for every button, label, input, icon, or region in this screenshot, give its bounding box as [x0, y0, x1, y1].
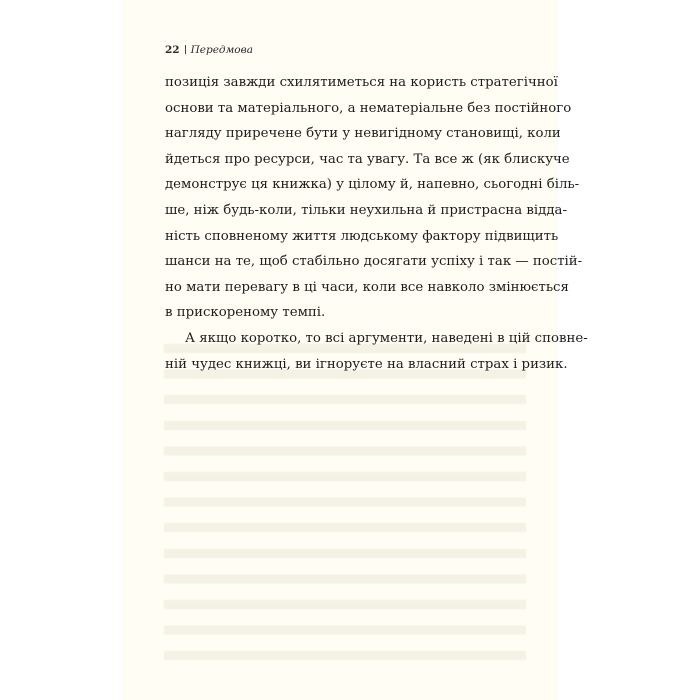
text-line: ність сповненому життя людському фактору…	[165, 224, 526, 250]
text-line: в прискореному темпі.	[165, 300, 526, 326]
paragraph-2: А якщо коротко, то всі аргументи, наведе…	[165, 326, 526, 377]
page-number: 22	[165, 44, 180, 56]
text-line: но мати перевагу в ці часи, коли все нав…	[165, 275, 526, 301]
text-line: ній чудес книжці, ви ігноруєте на власни…	[165, 352, 526, 378]
text-line: основи та матеріального, а нематеріальне…	[165, 96, 526, 122]
section-title: Передмова	[191, 44, 253, 56]
text-line: А якщо коротко, то всі аргументи, наведе…	[165, 326, 526, 352]
header-separator	[185, 45, 186, 54]
text-line: ше, ніж будь-коли, тільки неухильна й пр…	[165, 198, 526, 224]
text-line: йдеться про ресурси, час та увагу. Та вс…	[165, 147, 526, 173]
body-text: позиція завжди схилятиметься на користь …	[165, 70, 526, 377]
paragraph-1: позиція завжди схилятиметься на користь …	[165, 70, 526, 326]
book-page: 22Передмова позиція завжди схилятиметься…	[124, 0, 556, 700]
text-line: нагляду приречене бути у невигідному ста…	[165, 121, 526, 147]
text-line: позиція завжди схилятиметься на користь …	[165, 70, 526, 96]
show-through-text	[164, 336, 526, 676]
text-line: шанси на те, щоб стабільно досягати успі…	[165, 249, 526, 275]
running-head: 22Передмова	[165, 44, 253, 56]
text-line: демонструє ця книжка) у цілому й, напевн…	[165, 172, 526, 198]
